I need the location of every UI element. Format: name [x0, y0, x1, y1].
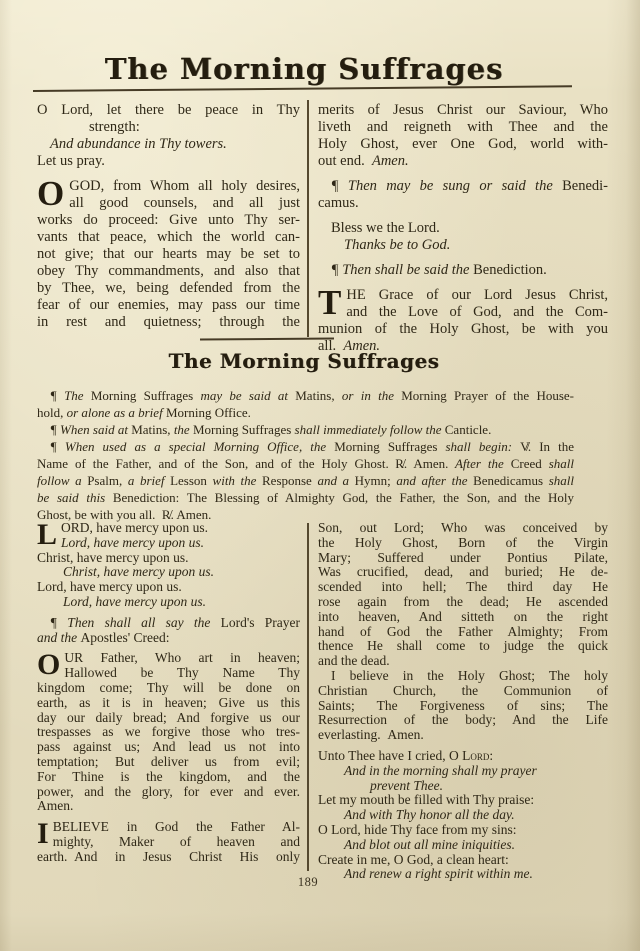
text-line: I believe in the Holy Ghost; The holy	[318, 669, 608, 684]
text-line: ¶ Then may be sung or said the Benedi-	[318, 178, 608, 195]
text-line: Let my mouth be filled with Thy praise:	[318, 793, 608, 808]
apostles-creed-continuation: Son, out Lord; Who was conceived bythe H…	[318, 521, 608, 669]
text-line: Christian Church, the Communion of	[318, 684, 608, 699]
rubric-at-matins: ¶ When said at Matins, the Morning Suffr…	[37, 421, 574, 438]
text-line: all good counsels, and all just	[37, 195, 300, 212]
drop-cap: I	[37, 820, 53, 847]
collect-continuation: merits of Jesus Christ our Saviour, Whol…	[318, 102, 608, 170]
text-line: by Thee, we, being defended from the	[37, 280, 300, 297]
text-line: fear of our enemies, may pass our time	[37, 297, 300, 314]
text-line: hand of God the Father Almighty; From	[318, 625, 608, 640]
text-line: day our daily bread; And forgive us our	[37, 711, 300, 726]
page-title: The Morning Suffrages	[0, 52, 608, 86]
text-line: Resurrection of the body; And the Life	[318, 713, 608, 728]
text-line: HE Grace of our Lord Jesus Christ,	[318, 287, 608, 304]
text-line: liveth and reigneth with Thee and the	[318, 119, 608, 136]
text-line: temptation; But deliver us from evil;	[37, 755, 300, 770]
benedicamus: Bless we the Lord.Thanks be to God.	[318, 220, 608, 254]
text-line: ¶ The Morning Suffrages may be said at M…	[37, 387, 574, 404]
text-line: ¶ When said at Matins, the Morning Suffr…	[37, 421, 574, 438]
text-line: prevent Thee.	[318, 779, 608, 794]
text-line: and the Love of God, and the Com-	[318, 304, 608, 321]
bottom-right-column: Son, out Lord; Who was conceived bythe H…	[318, 521, 608, 882]
text-line: Hallowed be Thy Name Thy	[37, 666, 300, 681]
page-number: 189	[288, 875, 328, 890]
text-line: Christ, have mercy upon us.	[37, 565, 300, 580]
text-line: ¶ When used as a special Morning Office,…	[37, 438, 574, 455]
rubric-special-office: ¶ When used as a special Morning Office,…	[37, 438, 574, 523]
apostles-creed-begin: IBELIEVE in God the Father Al-mighty, Ma…	[37, 820, 300, 864]
text-line: UR Father, Who art in heaven;	[37, 651, 300, 666]
text-line: Lord, have mercy upon us.	[37, 580, 300, 595]
text-line: scended into hell; The third day He	[318, 580, 608, 595]
text-line: Saints; The Forgiveness of sins; The	[318, 699, 608, 714]
top-left-column: O Lord, let there be peace in Thystrengt…	[37, 102, 300, 331]
text-line: mighty, Maker of heaven and	[37, 835, 300, 850]
text-line: strength:	[37, 119, 300, 136]
text-line: obey Thy commandments, and also that	[37, 263, 300, 280]
collect-for-peace: OGOD, from Whom all holy desires,all goo…	[37, 178, 300, 331]
text-line: And abundance in Thy towers.	[37, 136, 300, 153]
text-line: Create in me, O God, a clean heart:	[318, 853, 608, 868]
text-line: ORD, have mercy upon us.	[37, 521, 300, 536]
benediction-grace: THE Grace of our Lord Jesus Christ,and t…	[318, 287, 608, 355]
text-line: And with Thy honor all the day.	[318, 808, 608, 823]
text-line: For Thine is the kingdom, and the	[37, 770, 300, 785]
versicle-peace: O Lord, let there be peace in Thystrengt…	[37, 102, 300, 170]
text-line: be said this Benediction: The Blessing o…	[37, 489, 574, 506]
text-line: power, and the glory, for ever and ever.	[37, 785, 300, 800]
rubric-benedicamus: ¶ Then may be sung or said the Benedi-ca…	[318, 178, 608, 212]
text-line: and the dead.	[318, 654, 608, 669]
apostles-creed-third-article: I believe in the Holy Ghost; The holyChr…	[318, 669, 608, 743]
rubric-when-said: ¶ The Morning Suffrages may be said at M…	[37, 387, 574, 421]
text-line: Unto Thee have I cried, O Lord:	[318, 749, 608, 764]
text-line: vants that peace, which the world can-	[37, 229, 300, 246]
drop-cap: T	[318, 287, 346, 318]
text-line: trespasses as we forgive those who tres-	[37, 725, 300, 740]
bottom-left-column: LORD, have mercy upon us.Lord, have merc…	[37, 521, 300, 865]
drop-cap: L	[37, 521, 61, 548]
text-line: Holy Ghost, ever One God, world with-	[318, 136, 608, 153]
text-line: ¶ Then shall all say the Lord's Prayer	[37, 616, 300, 631]
text-line: earth, as it is in heaven; Give us this	[37, 696, 300, 711]
text-line: And blot out all mine iniquities.	[318, 838, 608, 853]
text-line: hold, or alone as a brief Morning Office…	[37, 404, 574, 421]
text-line: kingdom come; Thy will be done on	[37, 681, 300, 696]
text-line: follow a Psalm, a brief Lesson with the …	[37, 472, 574, 489]
text-line: Mary; Suffered under Pontius Pilate,	[318, 551, 608, 566]
text-line: Lord, have mercy upon us.	[37, 595, 300, 610]
text-line: Was crucified, dead, and buried; He de-	[318, 565, 608, 580]
lords-prayer: OUR Father, Who art in heaven;Hallowed b…	[37, 651, 300, 814]
text-line: Christ, have mercy upon us.	[37, 551, 300, 566]
text-line: in rest and quietness; through the	[37, 314, 300, 331]
rubric-lords-prayer: ¶ Then shall all say the Lord's Prayeran…	[37, 616, 300, 646]
text-line: munion of the Holy Ghost, be with you	[318, 321, 608, 338]
text-line: Amen.	[37, 799, 300, 814]
text-line: ¶ Then shall be said the Benediction.	[318, 262, 608, 279]
rubric-benediction: ¶ Then shall be said the Benediction.	[318, 262, 608, 279]
text-line: O Lord, let there be peace in Thy	[37, 102, 300, 119]
text-line: earth. And in Jesus Christ His only	[37, 850, 300, 865]
text-line: out end. Amen.	[318, 153, 608, 170]
text-line: GOD, from Whom all holy desires,	[37, 178, 300, 195]
text-line: Name of the Father, and of the Son, and …	[37, 455, 574, 472]
drop-cap: O	[37, 651, 64, 678]
text-line: Bless we the Lord.	[318, 220, 608, 237]
text-line: Let us pray.	[37, 153, 300, 170]
text-line: and the Apostles' Creed:	[37, 631, 300, 646]
text-line: rose again from the dead; He ascended	[318, 595, 608, 610]
kyrie: LORD, have mercy upon us.Lord, have merc…	[37, 521, 300, 610]
drop-cap: O	[37, 178, 69, 209]
text-line: pass against us; And lead us not into	[37, 740, 300, 755]
column-divider-top	[307, 100, 309, 337]
rubric-block: ¶ The Morning Suffrages may be said at M…	[37, 387, 574, 523]
text-line: BELIEVE in God the Father Al-	[37, 820, 300, 835]
text-line: works do proceed: Give unto Thy ser-	[37, 212, 300, 229]
text-line: Son, out Lord; Who was conceived by	[318, 521, 608, 536]
text-line: Thanks be to God.	[318, 237, 608, 254]
column-divider-bottom	[307, 523, 309, 871]
text-line: the Holy Ghost, Born of the Virgin	[318, 536, 608, 551]
text-line: O Lord, hide Thy face from my sins:	[318, 823, 608, 838]
morning-versicles: Unto Thee have I cried, O Lord:And in th…	[318, 749, 608, 882]
text-line: And renew a right spirit within me.	[318, 867, 608, 882]
text-line: everlasting. Amen.	[318, 728, 608, 743]
text-line: merits of Jesus Christ our Saviour, Who	[318, 102, 608, 119]
text-line: into heaven, And sitteth on the right	[318, 610, 608, 625]
text-line: And in the morning shall my prayer	[318, 764, 608, 779]
text-line: not give; that our hearts may be set to	[37, 246, 300, 263]
section-title: The Morning Suffrages	[0, 349, 608, 373]
top-right-column: merits of Jesus Christ our Saviour, Whol…	[318, 102, 608, 355]
text-line: thence He shall come to judge the quick	[318, 639, 608, 654]
text-line: Lord, have mercy upon us.	[37, 536, 300, 551]
text-line: camus.	[318, 195, 608, 212]
